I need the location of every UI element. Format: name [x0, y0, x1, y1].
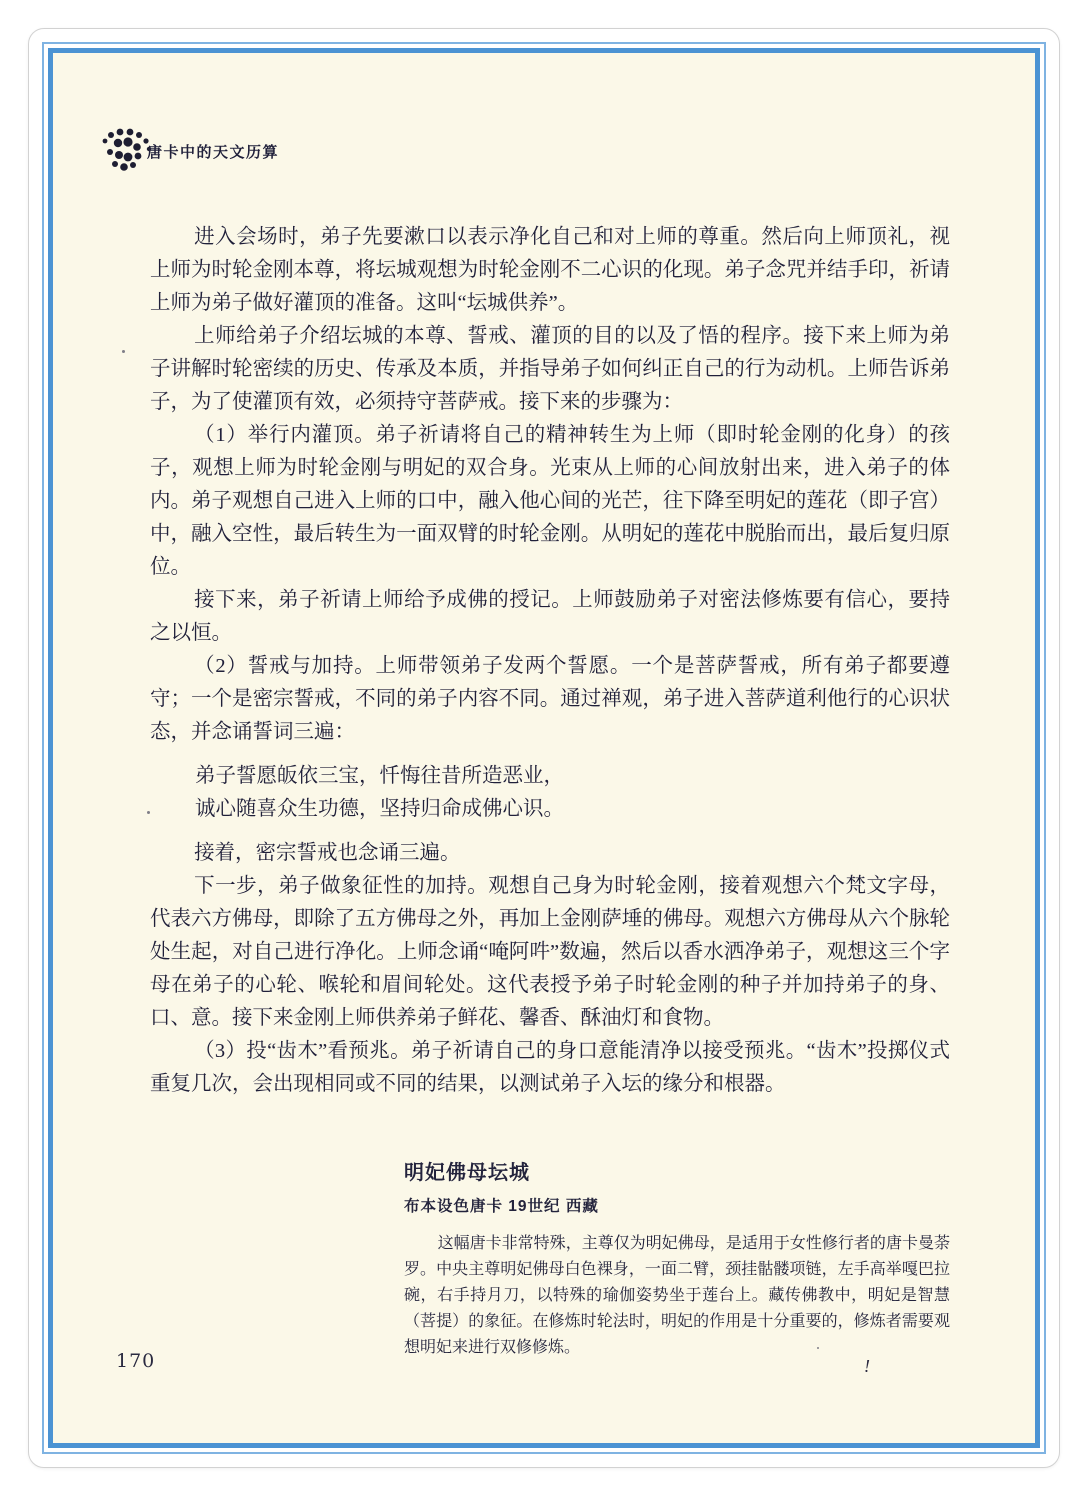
scan-speck [147, 811, 150, 814]
scan-speck [122, 350, 125, 353]
body-paragraph: （1）举行内灌顶。弟子祈请将自己的精神转生为上师（即时轮金刚的化身）的孩子，观想… [150, 419, 950, 584]
page-number: 170 [116, 1350, 155, 1372]
running-header-title: 唐卡中的天文历算 [147, 141, 279, 162]
body-paragraph: （3）投“齿木”看预兆。弟子祈请自己的身口意能清净以接受预兆。“齿木”投掷仪式重… [150, 1035, 950, 1101]
stray-exclamation-mark: ! [864, 1356, 870, 1377]
body-paragraph: 接下来，弟子祈请上师给予成佛的授记。上师鼓励弟子对密法修炼要有信心，要持之以恒。 [150, 584, 950, 650]
body-paragraph: 接着，密宗誓戒也念诵三遍。 [150, 837, 950, 870]
verse-line: 弟子誓愿皈依三宝，忏悔往昔所造恶业， [195, 760, 950, 793]
body-paragraph: （2）誓戒与加持。上师带领弟子发两个誓愿。一个是菩萨誓戒，所有弟子都要遵守；一个… [150, 650, 950, 749]
vow-verse: 弟子誓愿皈依三宝，忏悔往昔所造恶业， 诚心随喜众生功德，坚持归命成佛心识。 [150, 760, 950, 826]
caption-subtitle: 布本设色唐卡 19世纪 西藏 [404, 1194, 950, 1216]
book-page-scan: 唐卡中的天文历算 进入会场时，弟子先要漱口以表示净化自己和对上师的尊重。然后向上… [0, 0, 1088, 1496]
body-paragraph: 上师给弟子介绍坛城的本尊、誓戒、灌顶的目的以及了悟的程序。接下来上师为弟子讲解时… [150, 320, 950, 419]
scan-speck [817, 1347, 819, 1349]
thangka-caption: 明妃佛母坛城 布本设色唐卡 19世纪 西藏 这幅唐卡非常特殊，主尊仅为明妃佛母，… [404, 1156, 950, 1361]
caption-title: 明妃佛母坛城 [404, 1156, 950, 1185]
page-content: 唐卡中的天文历算 进入会场时，弟子先要漱口以表示净化自己和对上师的尊重。然后向上… [0, 0, 1088, 1496]
body-paragraph: 进入会场时，弟子先要漱口以表示净化自己和对上师的尊重。然后向上师顶礼，视上师为时… [150, 221, 950, 320]
body-paragraph: 下一步，弟子做象征性的加持。观想自己身为时轮金刚，接着观想六个梵文字母，代表六方… [150, 870, 950, 1035]
main-text: 进入会场时，弟子先要漱口以表示净化自己和对上师的尊重。然后向上师顶礼，视上师为时… [150, 221, 950, 1101]
caption-body: 这幅唐卡非常特殊，主尊仅为明妃佛母，是适用于女性修行者的唐卡曼荼罗。中央主尊明妃… [404, 1231, 950, 1361]
verse-line: 诚心随喜众生功德，坚持归命成佛心识。 [195, 793, 950, 826]
